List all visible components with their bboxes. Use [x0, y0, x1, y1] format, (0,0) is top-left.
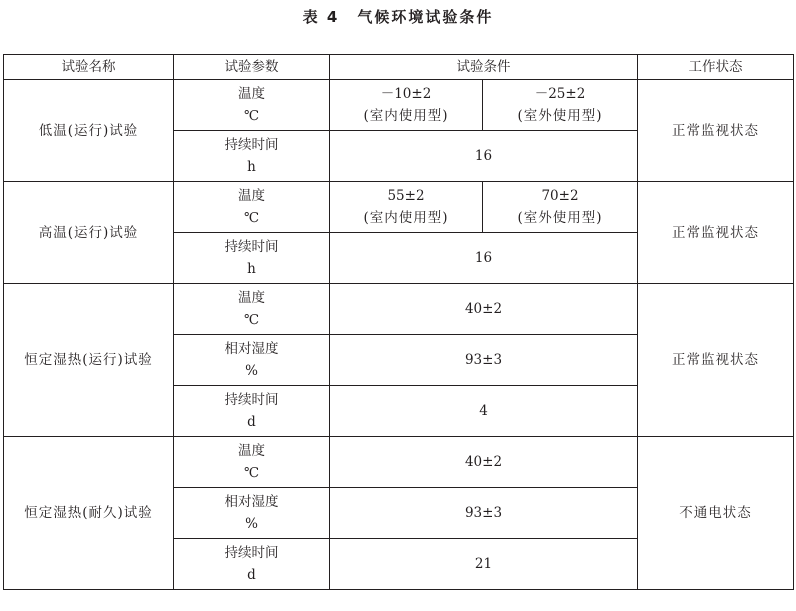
param-label: 持续时间: [174, 236, 329, 258]
condition-value: 93±3: [330, 488, 638, 539]
condition-note: (室内使用型): [330, 207, 482, 229]
param-cell: 持续时间 h: [174, 233, 330, 284]
condition-note: (室外使用型): [483, 207, 637, 229]
table-row: 低温(运行)试验 温度 ℃ －10±2 (室内使用型) －25±2 (室外使用型…: [4, 80, 794, 131]
param-cell: 相对湿度 %: [174, 488, 330, 539]
param-label: 温度: [174, 83, 329, 105]
condition-note: (室内使用型): [330, 105, 482, 127]
param-cell: 温度 ℃: [174, 182, 330, 233]
header-test-params: 试验参数: [174, 55, 330, 80]
param-unit: h: [174, 258, 329, 280]
condition-value: 40±2: [330, 284, 638, 335]
param-unit: ℃: [174, 207, 329, 229]
test-name: 恒定湿热(耐久)试验: [4, 437, 174, 590]
table-title: 表 4气候环境试验条件: [0, 6, 796, 27]
param-unit: %: [174, 513, 329, 535]
test-name: 低温(运行)试验: [4, 80, 174, 182]
condition-value: 40±2: [330, 437, 638, 488]
working-state: 不通电状态: [638, 437, 794, 590]
condition-value: 93±3: [330, 335, 638, 386]
test-name: 高温(运行)试验: [4, 182, 174, 284]
param-label: 持续时间: [174, 389, 329, 411]
working-state: 正常监视状态: [638, 182, 794, 284]
param-cell: 温度 ℃: [174, 80, 330, 131]
condition-indoor: －10±2 (室内使用型): [330, 80, 483, 131]
table-row: 恒定湿热(耐久)试验 温度 ℃ 40±2 不通电状态: [4, 437, 794, 488]
climate-test-conditions-table: 试验名称 试验参数 试验条件 工作状态 低温(运行)试验 温度 ℃ －10±2 …: [3, 54, 794, 590]
param-cell: 持续时间 d: [174, 539, 330, 590]
param-label: 持续时间: [174, 134, 329, 156]
table-caption: 气候环境试验条件: [357, 8, 493, 26]
param-label: 温度: [174, 185, 329, 207]
param-cell: 温度 ℃: [174, 437, 330, 488]
param-unit: ℃: [174, 462, 329, 484]
param-label: 温度: [174, 440, 329, 462]
param-label: 相对湿度: [174, 338, 329, 360]
param-unit: ℃: [174, 105, 329, 127]
table-row: 高温(运行)试验 温度 ℃ 55±2 (室内使用型) 70±2 (室外使用型) …: [4, 182, 794, 233]
condition-value: 21: [330, 539, 638, 590]
working-state: 正常监视状态: [638, 80, 794, 182]
header-row: 试验名称 试验参数 试验条件 工作状态: [4, 55, 794, 80]
param-unit: ℃: [174, 309, 329, 331]
header-working-state: 工作状态: [638, 55, 794, 80]
table-row: 恒定湿热(运行)试验 温度 ℃ 40±2 正常监视状态: [4, 284, 794, 335]
condition-value: 55±2: [330, 185, 482, 207]
param-cell: 持续时间 h: [174, 131, 330, 182]
working-state: 正常监视状态: [638, 284, 794, 437]
test-name: 恒定湿热(运行)试验: [4, 284, 174, 437]
param-unit: %: [174, 360, 329, 382]
param-unit: h: [174, 156, 329, 178]
header-test-name: 试验名称: [4, 55, 174, 80]
condition-value: －25±2: [483, 83, 637, 105]
param-unit: d: [174, 564, 329, 586]
condition-outdoor: 70±2 (室外使用型): [483, 182, 638, 233]
param-label: 温度: [174, 287, 329, 309]
condition-indoor: 55±2 (室内使用型): [330, 182, 483, 233]
condition-value: 4: [330, 386, 638, 437]
header-test-conditions: 试验条件: [330, 55, 638, 80]
param-label: 相对湿度: [174, 491, 329, 513]
condition-outdoor: －25±2 (室外使用型): [483, 80, 638, 131]
condition-value: 70±2: [483, 185, 637, 207]
param-cell: 持续时间 d: [174, 386, 330, 437]
param-cell: 温度 ℃: [174, 284, 330, 335]
param-cell: 相对湿度 %: [174, 335, 330, 386]
param-label: 持续时间: [174, 542, 329, 564]
condition-value: 16: [330, 131, 638, 182]
condition-value: －10±2: [330, 83, 482, 105]
condition-note: (室外使用型): [483, 105, 637, 127]
condition-value: 16: [330, 233, 638, 284]
param-unit: d: [174, 411, 329, 433]
table-number: 表 4: [303, 8, 340, 26]
